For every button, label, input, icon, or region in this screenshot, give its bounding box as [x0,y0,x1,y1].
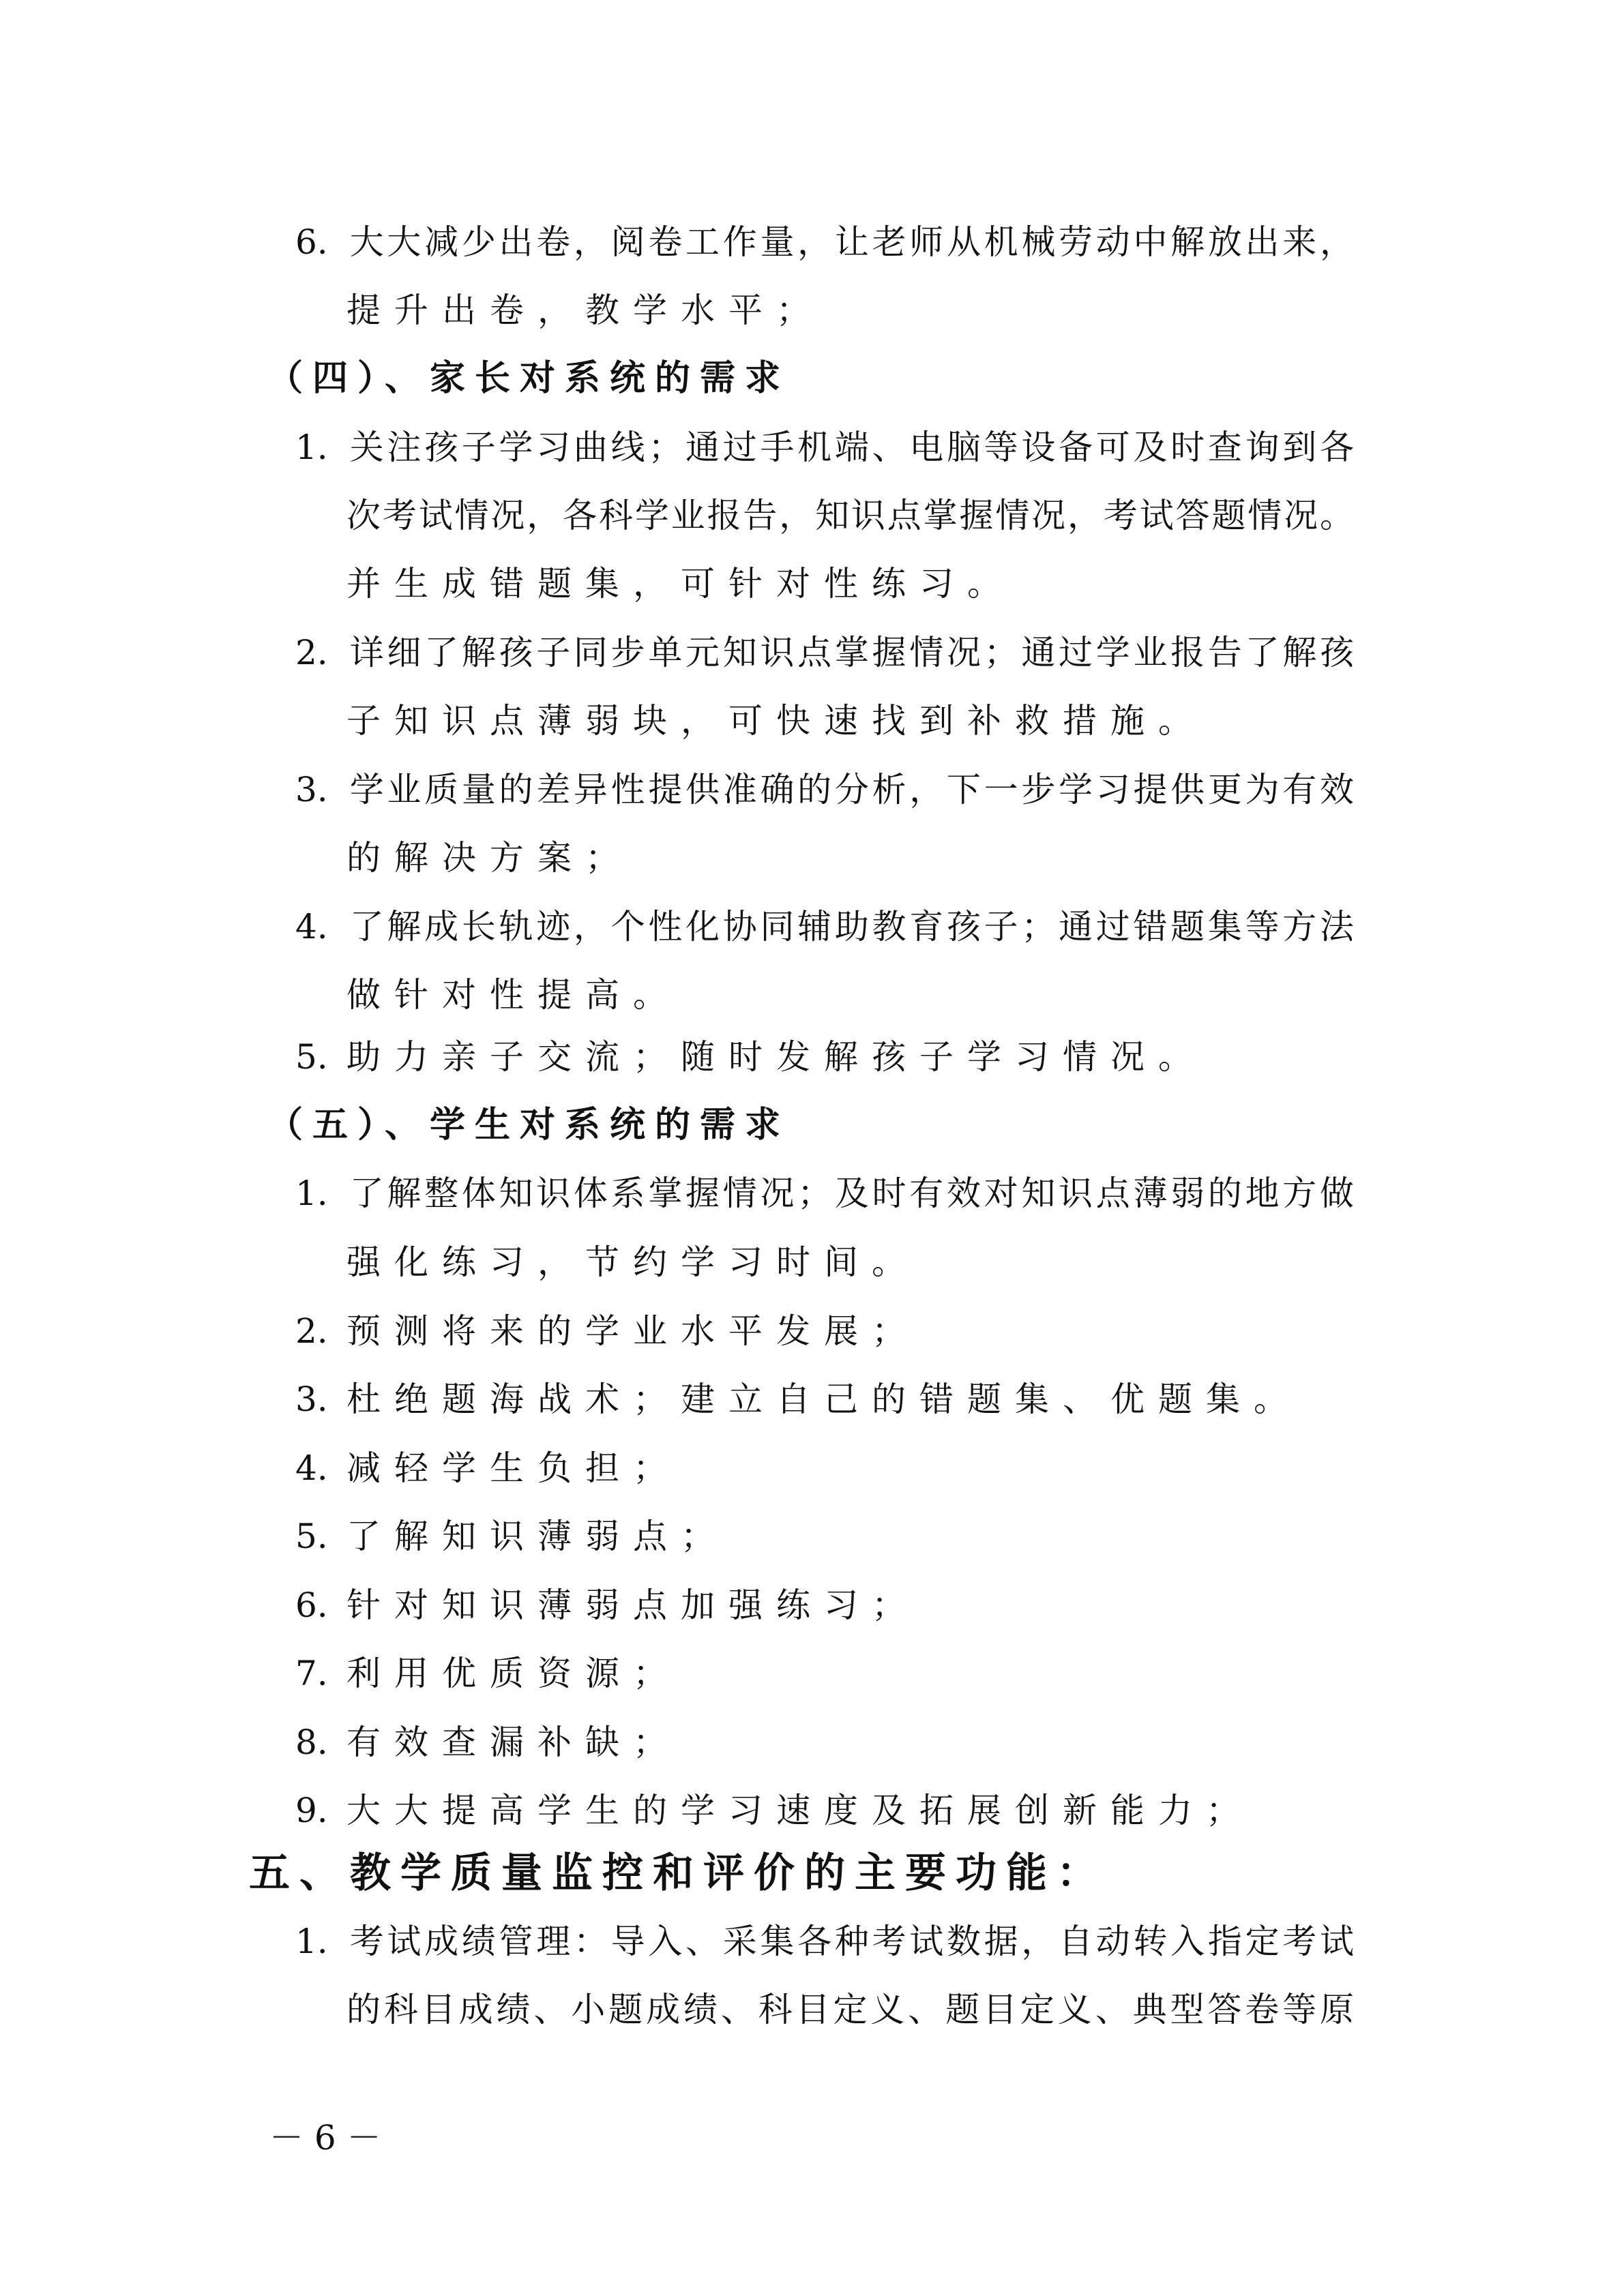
item-text: 杜绝题海战术；建立自己的错题集、优题集。 [346,1380,1301,1419]
item-number: 4. [295,1434,346,1502]
list-item-continuation: 子知识点薄弱块，可快速找到补救措施。 [346,687,1354,755]
list-item: 8.有效查漏补缺； [295,1708,1354,1776]
item-text: 次考试情况，各科学业报告，知识点掌握情况，考试答题情况。 [346,496,1354,535]
item-text: 有效查漏补缺； [346,1723,681,1762]
list-item-continuation: 做针对性提高。 [346,961,1354,1029]
item-text: 提升出卷，教学水平； [346,290,824,330]
list-item-continuation: 提升出卷，教学水平； [346,276,1354,344]
list-item-continuation: 次考试情况，各科学业报告，知识点掌握情况，考试答题情况。 [346,481,1354,550]
item-number: 7. [295,1639,346,1708]
list-item: 5.助力亲子交流；随时发解孩子学习情况。 [295,1023,1354,1091]
item-text: 预测将来的学业水平发展； [346,1311,919,1351]
item-number: 4. [295,893,346,961]
list-item: 4.了解成长轨迹，个性化协同辅助教育孩子；通过错题集等方法 [295,893,1354,961]
item-number: 6. [295,208,346,276]
list-item: 6.大大减少出卷，阅卷工作量，让老师从机械劳动中解放出来， [295,208,1354,276]
item-text: 的解决方案； [346,838,633,878]
list-item-continuation: 的解决方案； [346,824,1354,892]
item-text: 了解知识薄弱点； [346,1517,728,1556]
list-item: 4.减轻学生负担； [295,1434,1354,1502]
section-subheading: （四）、家长对系统的需求 [267,344,790,413]
item-number: 9. [295,1776,346,1845]
item-number: 5. [295,1023,346,1091]
section-subheading: （五）、学生对系统的需求 [267,1091,790,1159]
item-text: 关注孩子学习曲线；通过手机端、电脑等设备可及时查询到各 [346,428,1354,467]
item-text: 子知识点薄弱块，可快速找到补救措施。 [346,701,1206,741]
item-text: 并生成错题集，可针对性练习。 [346,564,1015,603]
list-item-continuation: 的科目成绩、小题成绩、科目定义、题目定义、典型答卷等原 [346,1976,1354,2044]
item-text: 了解成长轨迹，个性化协同辅助教育孩子；通过错题集等方法 [346,907,1354,946]
list-item-continuation: 强化练习，节约学习时间。 [346,1228,1354,1296]
item-number: 8. [295,1708,346,1776]
list-item: 5.了解知识薄弱点； [295,1502,1354,1570]
item-text: 减轻学生负担； [346,1448,681,1488]
list-item: 1.考试成绩管理：导入、采集各种考试数据，自动转入指定考试 [295,1907,1354,1976]
list-item: 1.了解整体知识体系掌握情况；及时有效对知识点薄弱的地方做 [295,1159,1354,1227]
item-text: 利用优质资源； [346,1654,681,1693]
list-item: 3.杜绝题海战术；建立自己的错题集、优题集。 [295,1365,1354,1433]
list-item: 6.针对知识薄弱点加强练习； [295,1571,1354,1639]
item-number: 2. [295,1297,346,1365]
list-item: 7.利用优质资源； [295,1639,1354,1708]
item-text: 了解整体知识体系掌握情况；及时有效对知识点薄弱的地方做 [346,1174,1354,1213]
item-text: 大大减少出卷，阅卷工作量，让老师从机械劳动中解放出来， [346,222,1354,262]
item-text: 助力亲子交流；随时发解孩子学习情况。 [346,1037,1206,1077]
item-text: 详细了解孩子同步单元知识点掌握情况；通过学业报告了解孩 [346,633,1354,672]
item-text: 学业质量的差异性提供准确的分析，下一步学习提供更为有效 [346,770,1354,809]
item-number: 6. [295,1571,346,1639]
item-number: 3. [295,1365,346,1433]
section-heading: 五、教学质量监控和评价的主要功能： [249,1839,1107,1907]
list-item: 9.大大提高学生的学习速度及拓展创新能力； [295,1776,1354,1845]
item-number: 1. [295,1159,346,1227]
item-text: 做针对性提高。 [346,975,681,1015]
item-number: 5. [295,1502,346,1570]
list-item-continuation: 并生成错题集，可针对性练习。 [346,550,1354,618]
list-item: 2.预测将来的学业水平发展； [295,1297,1354,1365]
item-text: 考试成绩管理：导入、采集各种考试数据，自动转入指定考试 [346,1922,1354,1961]
page-number: － 6 － [269,2104,381,2172]
item-number: 2. [295,618,346,687]
item-text: 强化练习，节约学习时间。 [346,1242,919,1282]
item-number: 1. [295,413,346,481]
item-number: 1. [295,1907,346,1976]
list-item: 3.学业质量的差异性提供准确的分析，下一步学习提供更为有效 [295,756,1354,824]
item-text: 的科目成绩、小题成绩、科目定义、题目定义、典型答卷等原 [346,1990,1354,2029]
document-page: 6.大大减少出卷，阅卷工作量，让老师从机械劳动中解放出来， 提升出卷，教学水平；… [0,0,1624,2296]
item-text: 大大提高学生的学习速度及拓展创新能力； [346,1791,1254,1830]
list-item: 2.详细了解孩子同步单元知识点掌握情况；通过学业报告了解孩 [295,618,1354,687]
item-text: 针对知识薄弱点加强练习； [346,1585,919,1625]
list-item: 1.关注孩子学习曲线；通过手机端、电脑等设备可及时查询到各 [295,413,1354,481]
item-number: 3. [295,756,346,824]
